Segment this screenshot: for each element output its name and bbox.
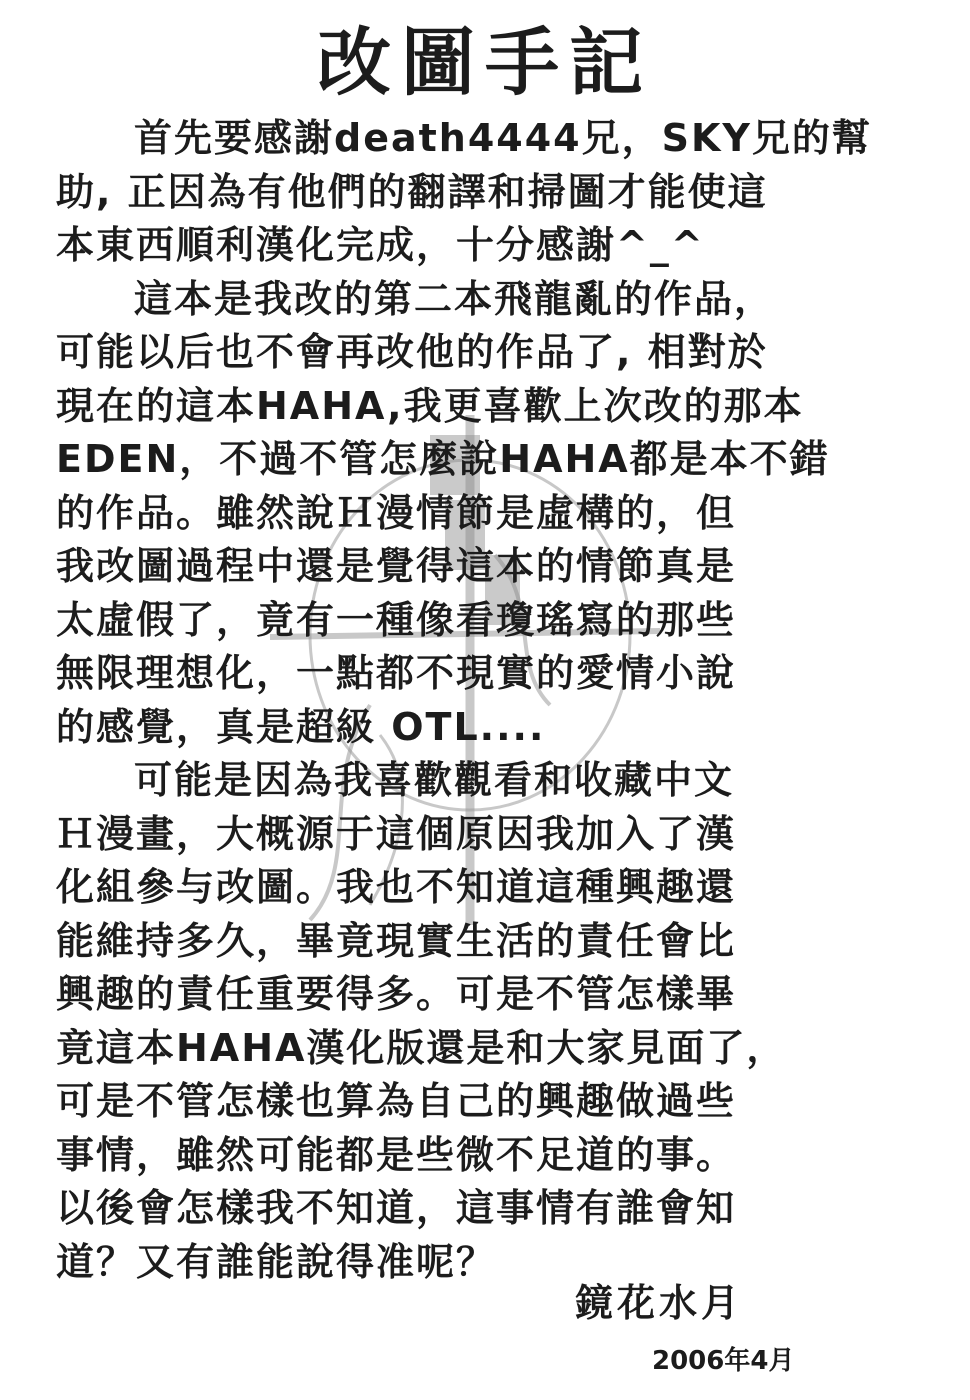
text-line: 的感覺，真是超級 OTL.... [56, 701, 936, 755]
text-line: 事情，雖然可能都是些微不足道的事。 [56, 1129, 936, 1183]
text-line: 竟這本HAHA漢化版還是和大家見面了， [56, 1022, 936, 1076]
text-line: 興趣的責任重要得多。可是不管怎樣畢 [56, 968, 936, 1022]
text-line: 以後會怎樣我不知道，這事情有誰會知 [56, 1182, 936, 1236]
paragraph-3: 可能是因為我喜歡觀看和收藏中文 Ｈ漫畫，大概源于這個原因我加入了漢 化組參与改圖… [56, 754, 936, 1289]
text-line: 可是不管怎樣也算為自己的興趣做過些 [56, 1075, 936, 1129]
page-title: 改圖手記 [0, 18, 970, 108]
text-line: 助, 正因為有他們的翻譯和掃圖才能使這 [56, 166, 936, 220]
document-body: 首先要感謝death4444兄，SKY兄的幫 助, 正因為有他們的翻譯和掃圖才能… [56, 112, 936, 1289]
text-line: 可能是因為我喜歡觀看和收藏中文 [56, 754, 936, 808]
text-line: 能維持多久，畢竟現實生活的責任會比 [56, 915, 936, 969]
text-line: 可能以后也不會再改他的作品了, 相對於 [56, 326, 936, 380]
document-date: 2006年4月 [652, 1340, 794, 1377]
text-line: 首先要感謝death4444兄，SKY兄的幫 [56, 112, 936, 166]
text-line: 現在的這本HAHA,我更喜歡上次改的那本 [56, 380, 936, 434]
paragraph-2: 這本是我改的第二本飛龍亂的作品， 可能以后也不會再改他的作品了, 相對於 現在的… [56, 273, 936, 755]
text-line: 道？又有誰能說得准呢？ [56, 1236, 936, 1290]
paragraph-1: 首先要感謝death4444兄，SKY兄的幫 助, 正因為有他們的翻譯和掃圖才能… [56, 112, 936, 273]
text-line: 我改圖過程中還是覺得這本的情節真是 [56, 540, 936, 594]
author-signature: 鏡花水月 [575, 1272, 743, 1327]
text-line: 太虛假了，竟有一種像看瓊瑤寫的那些 [56, 594, 936, 648]
text-line: 這本是我改的第二本飛龍亂的作品， [56, 273, 936, 327]
text-line: 的作品。雖然說Ｈ漫情節是虛構的，但 [56, 487, 936, 541]
text-line: EDEN，不過不管怎麼說HAHA都是本不錯 [56, 433, 936, 487]
text-line: 化組參与改圖。我也不知道這種興趣還 [56, 861, 936, 915]
text-line: 本東西順利漢化完成，十分感謝^_^ [56, 219, 936, 273]
text-line: Ｈ漫畫，大概源于這個原因我加入了漢 [56, 808, 936, 862]
text-line: 無限理想化，一點都不現實的愛情小說 [56, 647, 936, 701]
